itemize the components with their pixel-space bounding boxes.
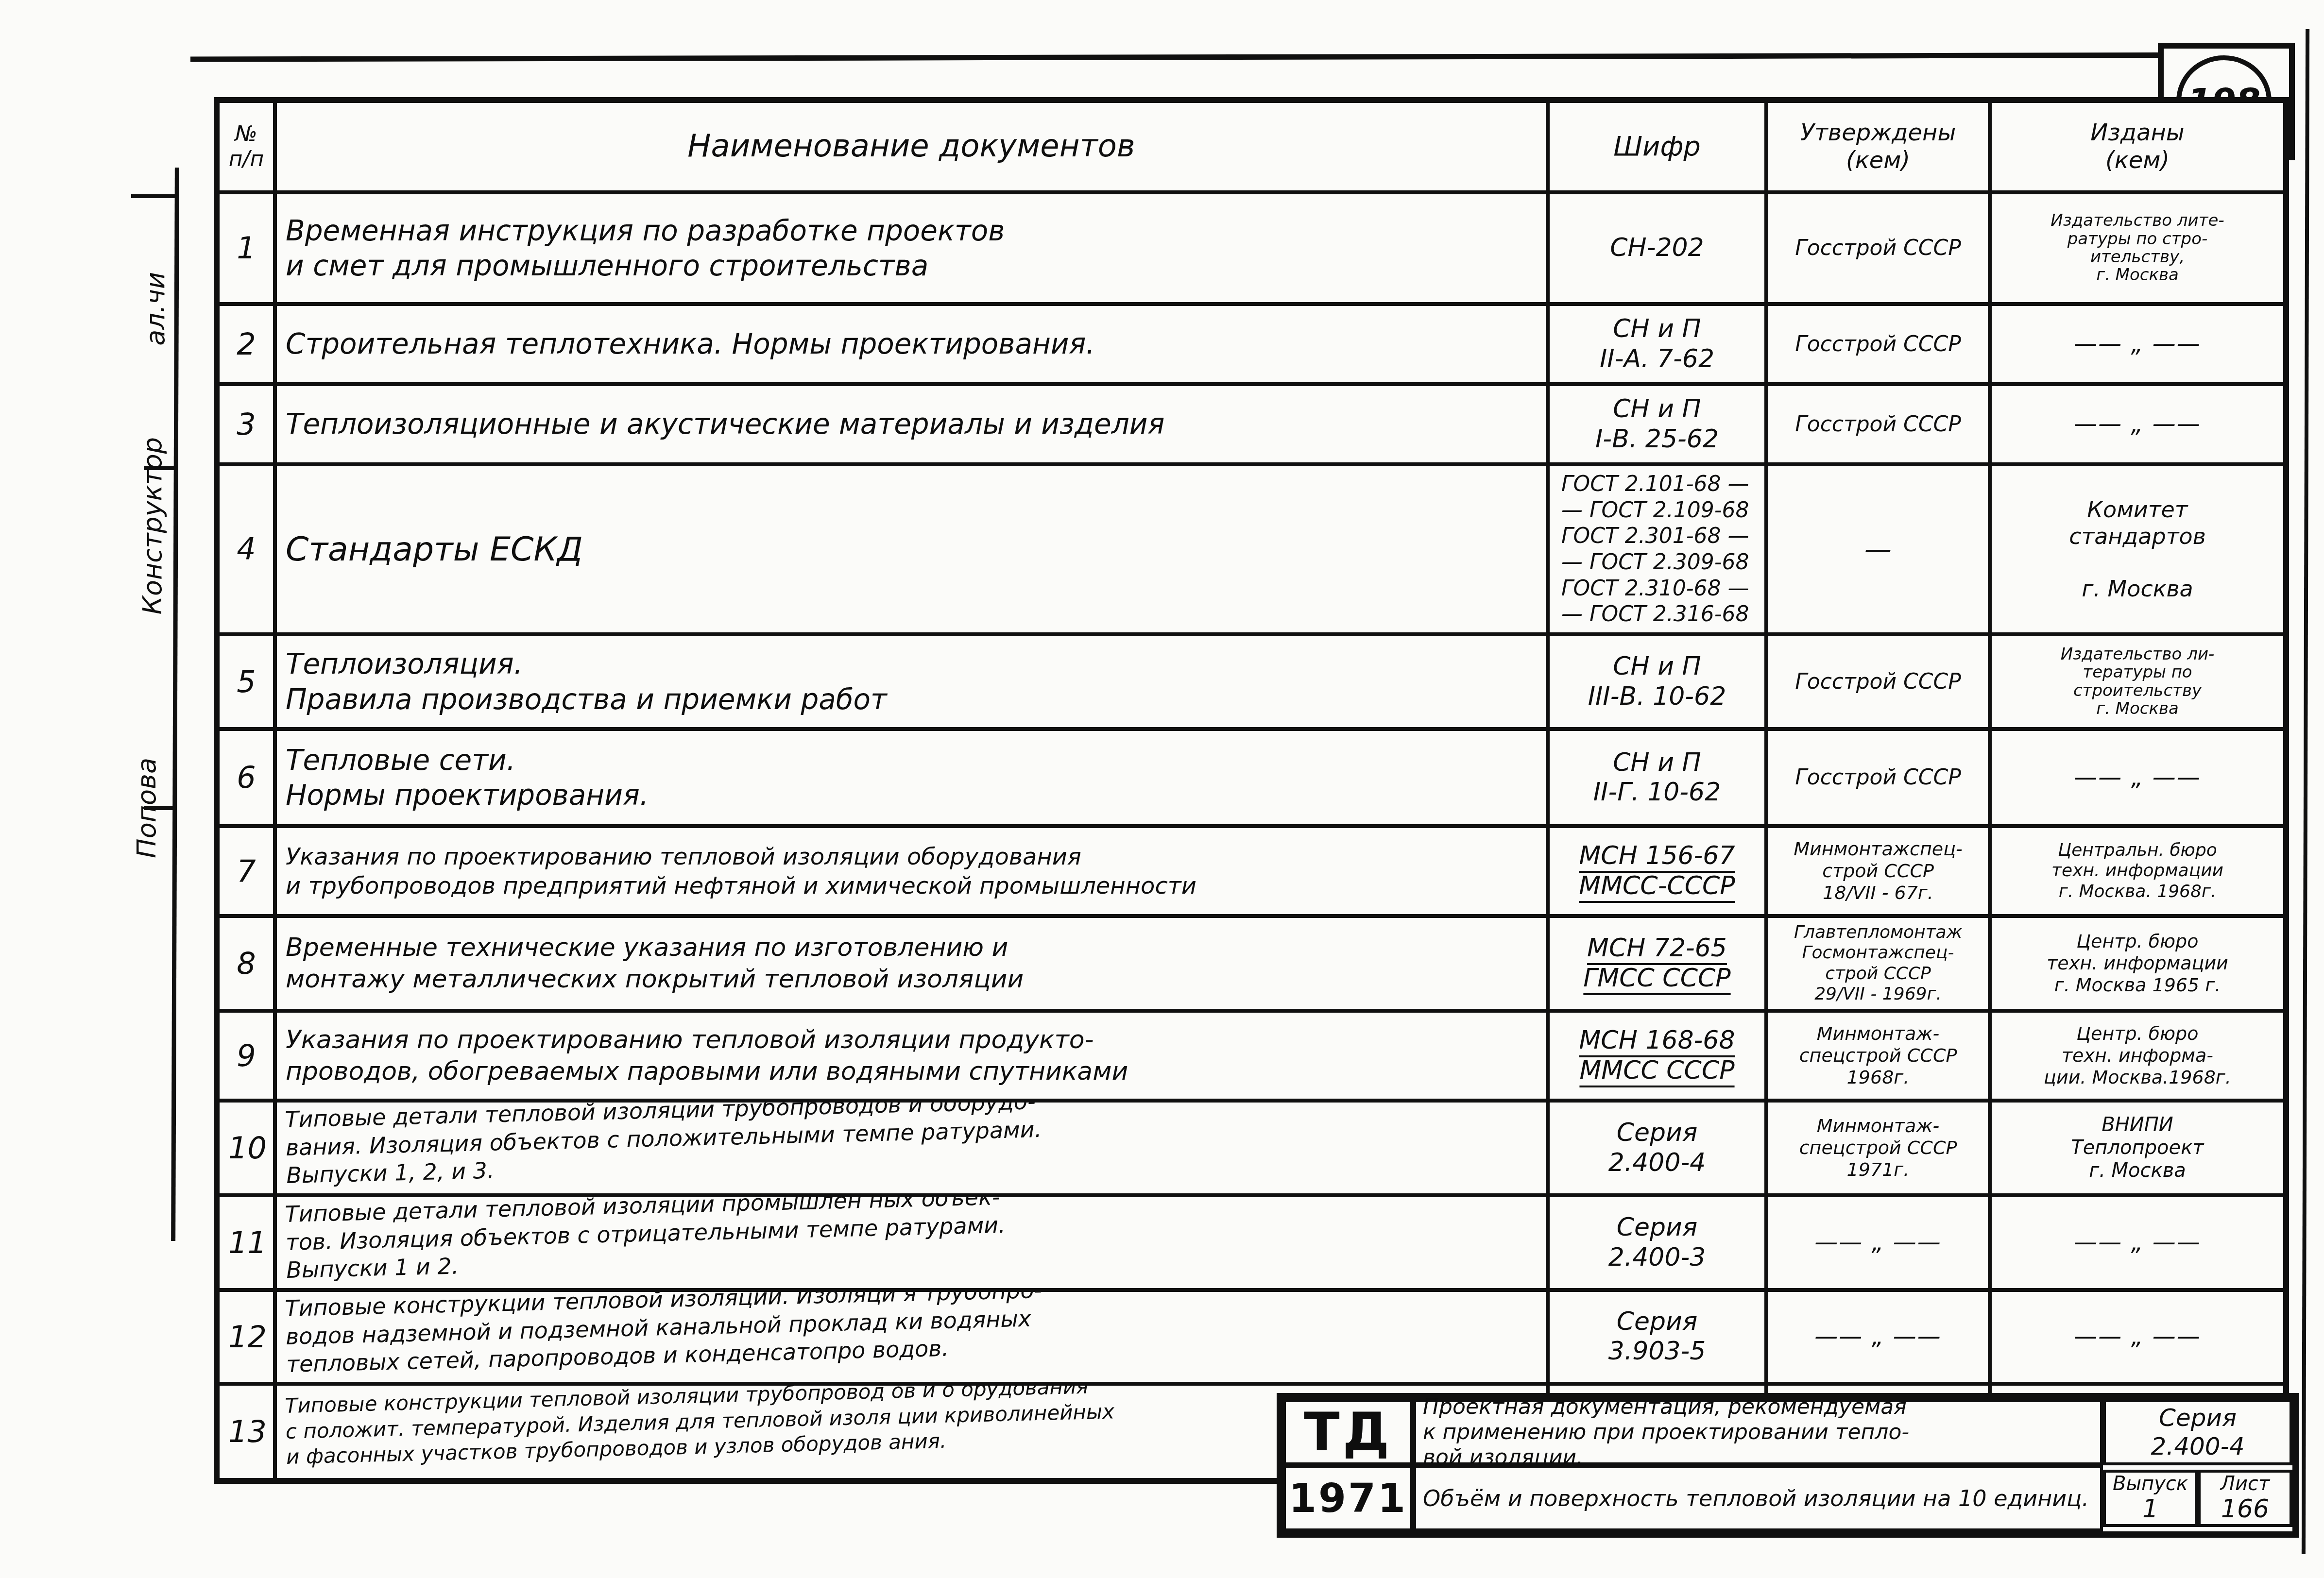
table-row: 9 Указания по проектированию тепловой из… bbox=[217, 1011, 2286, 1101]
col-header-num: № п/п bbox=[217, 100, 275, 192]
doc-published: —— „ —— bbox=[1990, 729, 2286, 826]
table-row: 8 Временные технические указания по изго… bbox=[217, 916, 2286, 1011]
table-row: 10 Типовые детали тепловой изоляции труб… bbox=[217, 1101, 2286, 1195]
doc-code: Серия 2.400-3 bbox=[1548, 1195, 1766, 1290]
row-number: 7 bbox=[217, 826, 275, 916]
stamp-td: ТД bbox=[1283, 1399, 1413, 1465]
margin-tick bbox=[131, 194, 175, 198]
doc-approved: Минмонтаж- спецстрой СССР 1971г. bbox=[1766, 1101, 1990, 1195]
doc-name: Типовые детали тепловой изоляции промышл… bbox=[275, 1195, 1548, 1290]
doc-approved: Госстрой СССР bbox=[1766, 304, 1990, 384]
doc-code: СН-202 bbox=[1548, 192, 1766, 304]
titleblock-series-text: Серия 2.400-4 bbox=[2151, 1404, 2245, 1461]
doc-name: Указания по проектированию тепловой изол… bbox=[275, 826, 1548, 916]
doc-published: Комитет стандартов г. Москва bbox=[1990, 464, 2286, 634]
table-row: 6 Тепловые сети. Нормы проектирования. С… bbox=[217, 729, 2286, 826]
doc-code: МСН 156-67 ММСС-СССР bbox=[1548, 826, 1766, 916]
col-header-name: Наименование документов bbox=[275, 100, 1548, 192]
titleblock-issue-sheet: Выпуск 1 Лист 166 bbox=[2103, 1465, 2292, 1531]
doc-approved: Главтепломонтаж Госмонтажспец- строй ССС… bbox=[1766, 916, 1990, 1011]
doc-code: СН и П II-Г. 10-62 bbox=[1548, 729, 1766, 826]
header-row: № п/п Наименование документов Шифр Утвер… bbox=[217, 100, 2286, 192]
table-row: 5 Теплоизоляция. Правила производства и … bbox=[217, 634, 2286, 729]
row-number: 6 bbox=[217, 729, 275, 826]
doc-approved: Госстрой СССР bbox=[1766, 384, 1990, 464]
row-number: 8 bbox=[217, 916, 275, 1011]
titleblock-subtitle: Объём и поверхность тепловой изоляции на… bbox=[1413, 1465, 2103, 1531]
doc-published: Издательство лите- ратуры по стро- итель… bbox=[1990, 192, 2286, 304]
doc-code: МСН 168-68 ММСС СССР bbox=[1548, 1011, 1766, 1101]
doc-code: Серия 3.903-5 bbox=[1548, 1290, 1766, 1384]
sheet-value: 166 bbox=[2221, 1495, 2269, 1524]
doc-approved: Госстрой СССР bbox=[1766, 729, 1990, 826]
row-number: 12 bbox=[217, 1290, 275, 1384]
row-number: 11 bbox=[217, 1195, 275, 1290]
doc-approved: Госстрой СССР bbox=[1766, 634, 1990, 729]
doc-published: ВНИПИ Теплопроект г. Москва bbox=[1990, 1101, 2286, 1195]
row-number: 1 bbox=[217, 192, 275, 304]
margin-note-role: Конструктор bbox=[137, 437, 168, 614]
col-header-published: Изданы (кем) bbox=[1990, 100, 2286, 192]
table-row: 12 Типовые конструкции тепловой изоляции… bbox=[217, 1290, 2286, 1384]
titleblock-title-text: Проектная документация, рекомендуемая к … bbox=[1423, 1394, 1909, 1470]
issue-label: Выпуск bbox=[2113, 1473, 2188, 1495]
row-number: 13 bbox=[217, 1384, 275, 1481]
doc-name: Временные технические указания по изгото… bbox=[275, 916, 1548, 1011]
doc-approved: — bbox=[1766, 464, 1990, 634]
page-right-edge-line bbox=[2302, 29, 2309, 1554]
top-border-rule bbox=[190, 52, 2294, 62]
row-number: 9 bbox=[217, 1011, 275, 1101]
doc-approved: Госстрой СССР bbox=[1766, 192, 1990, 304]
col-header-code: Шифр bbox=[1548, 100, 1766, 192]
doc-approved: —— „ —— bbox=[1766, 1195, 1990, 1290]
doc-name: Теплоизоляционные и акустические материа… bbox=[275, 384, 1548, 464]
stamp-td-text: ТД bbox=[1304, 1402, 1392, 1463]
doc-published: Издательство ли- тературы по строительст… bbox=[1990, 634, 2286, 729]
doc-name: Тепловые сети. Нормы проектирования. bbox=[275, 729, 1548, 826]
doc-code: СН и П III-В. 10-62 bbox=[1548, 634, 1766, 729]
doc-approved: Минмонтажспец- строй СССР 18/VII - 67г. bbox=[1766, 826, 1990, 916]
doc-code: Серия 2.400-4 bbox=[1548, 1101, 1766, 1195]
doc-published: Центральн. бюро техн. информации г. Моск… bbox=[1990, 826, 2286, 916]
col-header-approved: Утверждены (кем) bbox=[1766, 100, 1990, 192]
stamp-year: 1971 bbox=[1283, 1465, 1413, 1531]
doc-code: МСН 72-65 ГМСС СССР bbox=[1548, 916, 1766, 1011]
margin-note-name: Попова bbox=[131, 758, 162, 858]
doc-name: Стандарты ЕСКД bbox=[275, 464, 1548, 634]
doc-published: —— „ —— bbox=[1990, 1195, 2286, 1290]
table-row: 11 Типовые детали тепловой изоляции пром… bbox=[217, 1195, 2286, 1290]
table-row: 2 Строительная теплотехника. Нормы проек… bbox=[217, 304, 2286, 384]
issue-value: 1 bbox=[2142, 1495, 2158, 1524]
doc-published: Центр. бюро техн. информации г. Москва 1… bbox=[1990, 916, 2286, 1011]
margin-note-initials: ал.чи bbox=[140, 272, 171, 346]
doc-name: Типовые детали тепловой изоляции трубопр… bbox=[275, 1101, 1548, 1195]
table-row: 1 Временная инструкция по разработке про… bbox=[217, 192, 2286, 304]
table-row: 4 Стандарты ЕСКД ГОСТ 2.101-68 — — ГОСТ … bbox=[217, 464, 2286, 634]
doc-name: Типовые конструкции тепловой изоляции. И… bbox=[275, 1290, 1548, 1384]
titleblock-title: Проектная документация, рекомендуемая к … bbox=[1413, 1399, 2103, 1465]
margin-rule bbox=[171, 168, 179, 1241]
titleblock-subtitle-text: Объём и поверхность тепловой изоляции на… bbox=[1423, 1485, 2089, 1511]
doc-published: Центр. бюро техн. информа- ции. Москва.1… bbox=[1990, 1011, 2286, 1101]
doc-code: СН и П I-В. 25-62 bbox=[1548, 384, 1766, 464]
sheet-cell: Лист 166 bbox=[2198, 1470, 2292, 1527]
titleblock-series: Серия 2.400-4 bbox=[2103, 1399, 2292, 1465]
doc-name: Строительная теплотехника. Нормы проекти… bbox=[275, 304, 1548, 384]
title-block: ТД Проектная документация, рекомендуемая… bbox=[1277, 1393, 2299, 1538]
row-number: 2 bbox=[217, 304, 275, 384]
doc-name: Указания по проектированию тепловой изол… bbox=[275, 1011, 1548, 1101]
sheet-label: Лист bbox=[2221, 1473, 2270, 1495]
doc-published: —— „ —— bbox=[1990, 1290, 2286, 1384]
documents-table: № п/п Наименование документов Шифр Утвер… bbox=[214, 97, 2289, 1484]
doc-published: —— „ —— bbox=[1990, 384, 2286, 464]
row-number: 10 bbox=[217, 1101, 275, 1195]
row-number: 4 bbox=[217, 464, 275, 634]
row-number: 5 bbox=[217, 634, 275, 729]
doc-published: —— „ —— bbox=[1990, 304, 2286, 384]
doc-code: СН и П II-А. 7-62 bbox=[1548, 304, 1766, 384]
doc-approved: Минмонтаж- спецстрой СССР 1968г. bbox=[1766, 1011, 1990, 1101]
scanned-document-page: { "page": { "badge": "198" }, "margin": … bbox=[0, 0, 2324, 1578]
doc-approved: —— „ —— bbox=[1766, 1290, 1990, 1384]
doc-code: ГОСТ 2.101-68 — — ГОСТ 2.109-68 ГОСТ 2.3… bbox=[1548, 464, 1766, 634]
issue-cell: Выпуск 1 bbox=[2103, 1470, 2198, 1527]
row-number: 3 bbox=[217, 384, 275, 464]
stamp-year-text: 1971 bbox=[1289, 1476, 1407, 1522]
doc-name: Временная инструкция по разработке проек… bbox=[275, 192, 1548, 304]
table-row: 3 Теплоизоляционные и акустические матер… bbox=[217, 384, 2286, 464]
table-row: 7 Указания по проектированию тепловой из… bbox=[217, 826, 2286, 916]
doc-name: Теплоизоляция. Правила производства и пр… bbox=[275, 634, 1548, 729]
